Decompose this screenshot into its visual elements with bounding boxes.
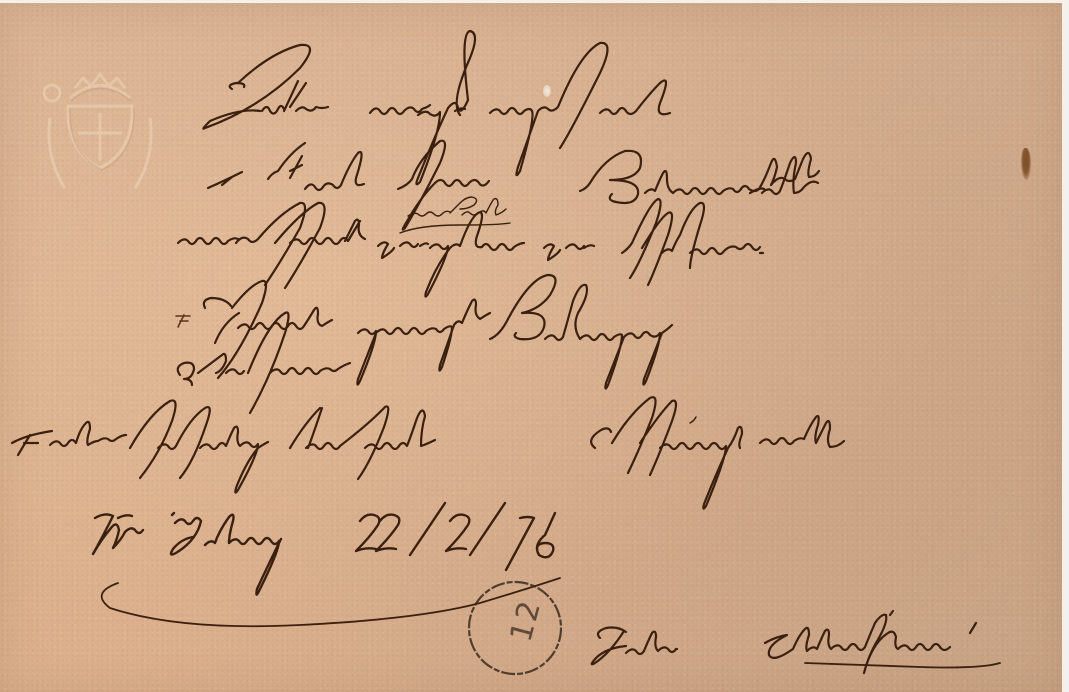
postcard: 12 Bitte mir gefl. umgehend 1 Korb schön…	[0, 3, 1062, 692]
